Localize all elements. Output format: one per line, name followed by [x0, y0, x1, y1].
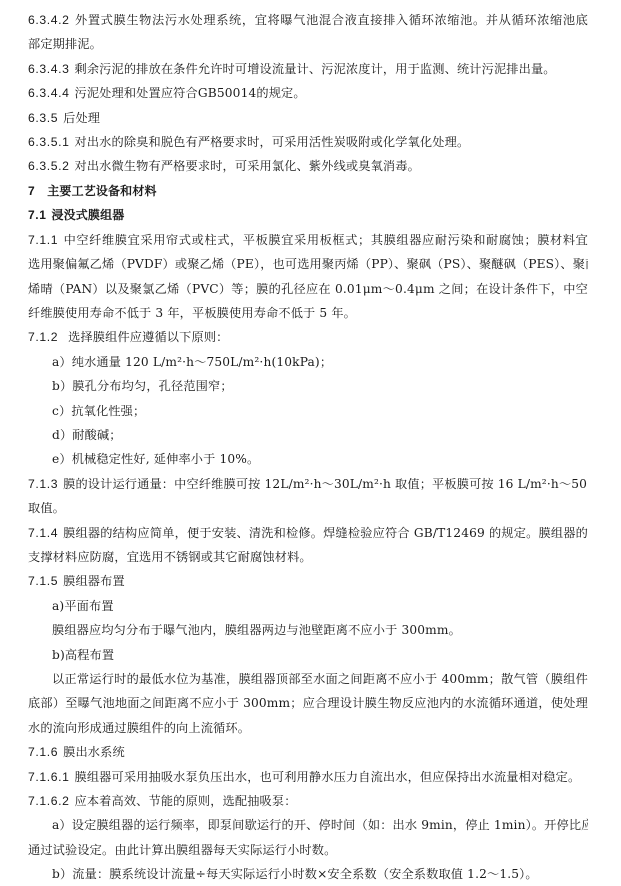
list-item-7-1-6-2-a-cont: 通过试验设定。由此计算出膜组器每天实际运行小时数。 — [28, 842, 588, 858]
para-7-1-1-cont-1: 选用聚偏氟乙烯（PVDF）或聚乙烯（PE），也可选用聚丙烯（PP）、聚砜（PS）… — [28, 256, 588, 272]
heading-7-1: 7.1浸没式膜组器 — [28, 207, 588, 223]
para-7-1-1: 7.1.1中空纤维膜宜采用帘式或柱式，平板膜宜采用板框式；其膜组器应耐污染和耐腐… — [28, 232, 588, 248]
list-item-7-1-2-c: c）抗氧化性强； — [52, 403, 588, 419]
para-7-1-2: 7.1.2选择膜组件应遵循以下原则： — [28, 329, 588, 345]
para-7-1-6-1: 7.1.6.1膜组器可采用抽吸水泵负压出水，也可利用静水压力自流出水，但应保持出… — [28, 769, 588, 785]
para-7-1-1-cont-3: 纤维膜使用寿命不低于 3 年，平板膜使用寿命不低于 5 年。 — [28, 305, 588, 321]
heading-7: 7主要工艺设备和材料 — [28, 183, 588, 199]
para-7-1-4-cont: 支撑材料应防腐，宜选用不锈钢或其它耐腐蚀材料。 — [28, 549, 588, 565]
para-plane-layout: 膜组器应均匀分布于曝气池内，膜组器两边与池壁距离不应小于 300mm。 — [52, 622, 588, 638]
para-7-1-3-cont: 取值。 — [28, 500, 588, 516]
para-7-1-3: 7.1.3膜的设计运行通量：中空纤维膜可按 12L/m²·h～30L/m²·h … — [28, 476, 588, 492]
subheading-plane-layout: a)平面布置 — [52, 598, 588, 614]
heading-6-3-5: 6.3.5后处理 — [28, 110, 588, 126]
list-item-7-1-6-2-a: a）设定膜组器的运行频率，即泵间歇运行的开、停时间（如：出水 9min，停止 1… — [52, 817, 588, 833]
para-7-1-4: 7.1.4膜组器的结构应简单，便于安装、清洗和检修。焊缝检验应符合 GB/T12… — [28, 525, 588, 541]
document-page: 6.3.4.2外置式膜生物法污水处理系统，宜将曝气池混合液直接排入循环浓缩池。并… — [0, 0, 621, 886]
para-6-3-5-1: 6.3.5.1对出水的除臭和脱色有严格要求时，可采用活性炭吸附或化学氧化处理。 — [28, 134, 588, 150]
para-elevation-layout-cont-1: 底部）至曝气池地面之间距离不应小于 300mm；应合理设计膜生物反应池内的水流循… — [28, 695, 588, 711]
para-elevation-layout-cont-2: 水的流向形成通过膜组件的向上流循环。 — [28, 720, 588, 736]
para-6-3-4-2: 6.3.4.2外置式膜生物法污水处理系统，宜将曝气池混合液直接排入循环浓缩池。并… — [28, 12, 588, 28]
para-6-3-4-2-cont: 部定期排泥。 — [28, 36, 588, 52]
list-item-7-1-2-e: e）机械稳定性好, 延伸率小于 10%。 — [52, 451, 588, 467]
para-7-1-1-cont-2: 烯晴（PAN）以及聚氯乙烯（PVC）等；膜的孔径应在 0.01μm～0.4μm … — [28, 281, 588, 297]
heading-7-1-6: 7.1.6膜出水系统 — [28, 744, 588, 760]
list-item-7-1-6-2-b: b）流量：膜系统设计流量÷每天实际运行小时数×安全系数（安全系数取值 1.2～1… — [52, 866, 588, 882]
para-6-3-4-3: 6.3.4.3剩余污泥的排放在条件允许时可增设流量计、污泥浓度计，用于监测、统计… — [28, 61, 588, 77]
para-6-3-5-2: 6.3.5.2对出水微生物有严格要求时，可采用氯化、紫外线或臭氧消毒。 — [28, 158, 588, 174]
list-item-7-1-2-a: a）纯水通量 120 L/m²·h～750L/m²·h(10kPa)； — [52, 354, 588, 370]
para-6-3-4-4: 6.3.4.4污泥处理和处置应符合GB50014的规定。 — [28, 85, 588, 101]
subheading-elevation-layout: b)高程布置 — [52, 647, 588, 663]
para-elevation-layout: 以正常运行时的最低水位为基准，膜组器顶部至水面之间距离不应小于 400mm；散气… — [52, 671, 588, 687]
para-7-1-6-2: 7.1.6.2应本着高效、节能的原则，选配抽吸泵： — [28, 793, 588, 809]
list-item-7-1-2-b: b）膜孔分布均匀，孔径范围窄； — [52, 378, 588, 394]
heading-7-1-5: 7.1.5膜组器布置 — [28, 573, 588, 589]
list-item-7-1-2-d: d）耐酸碱； — [52, 427, 588, 443]
